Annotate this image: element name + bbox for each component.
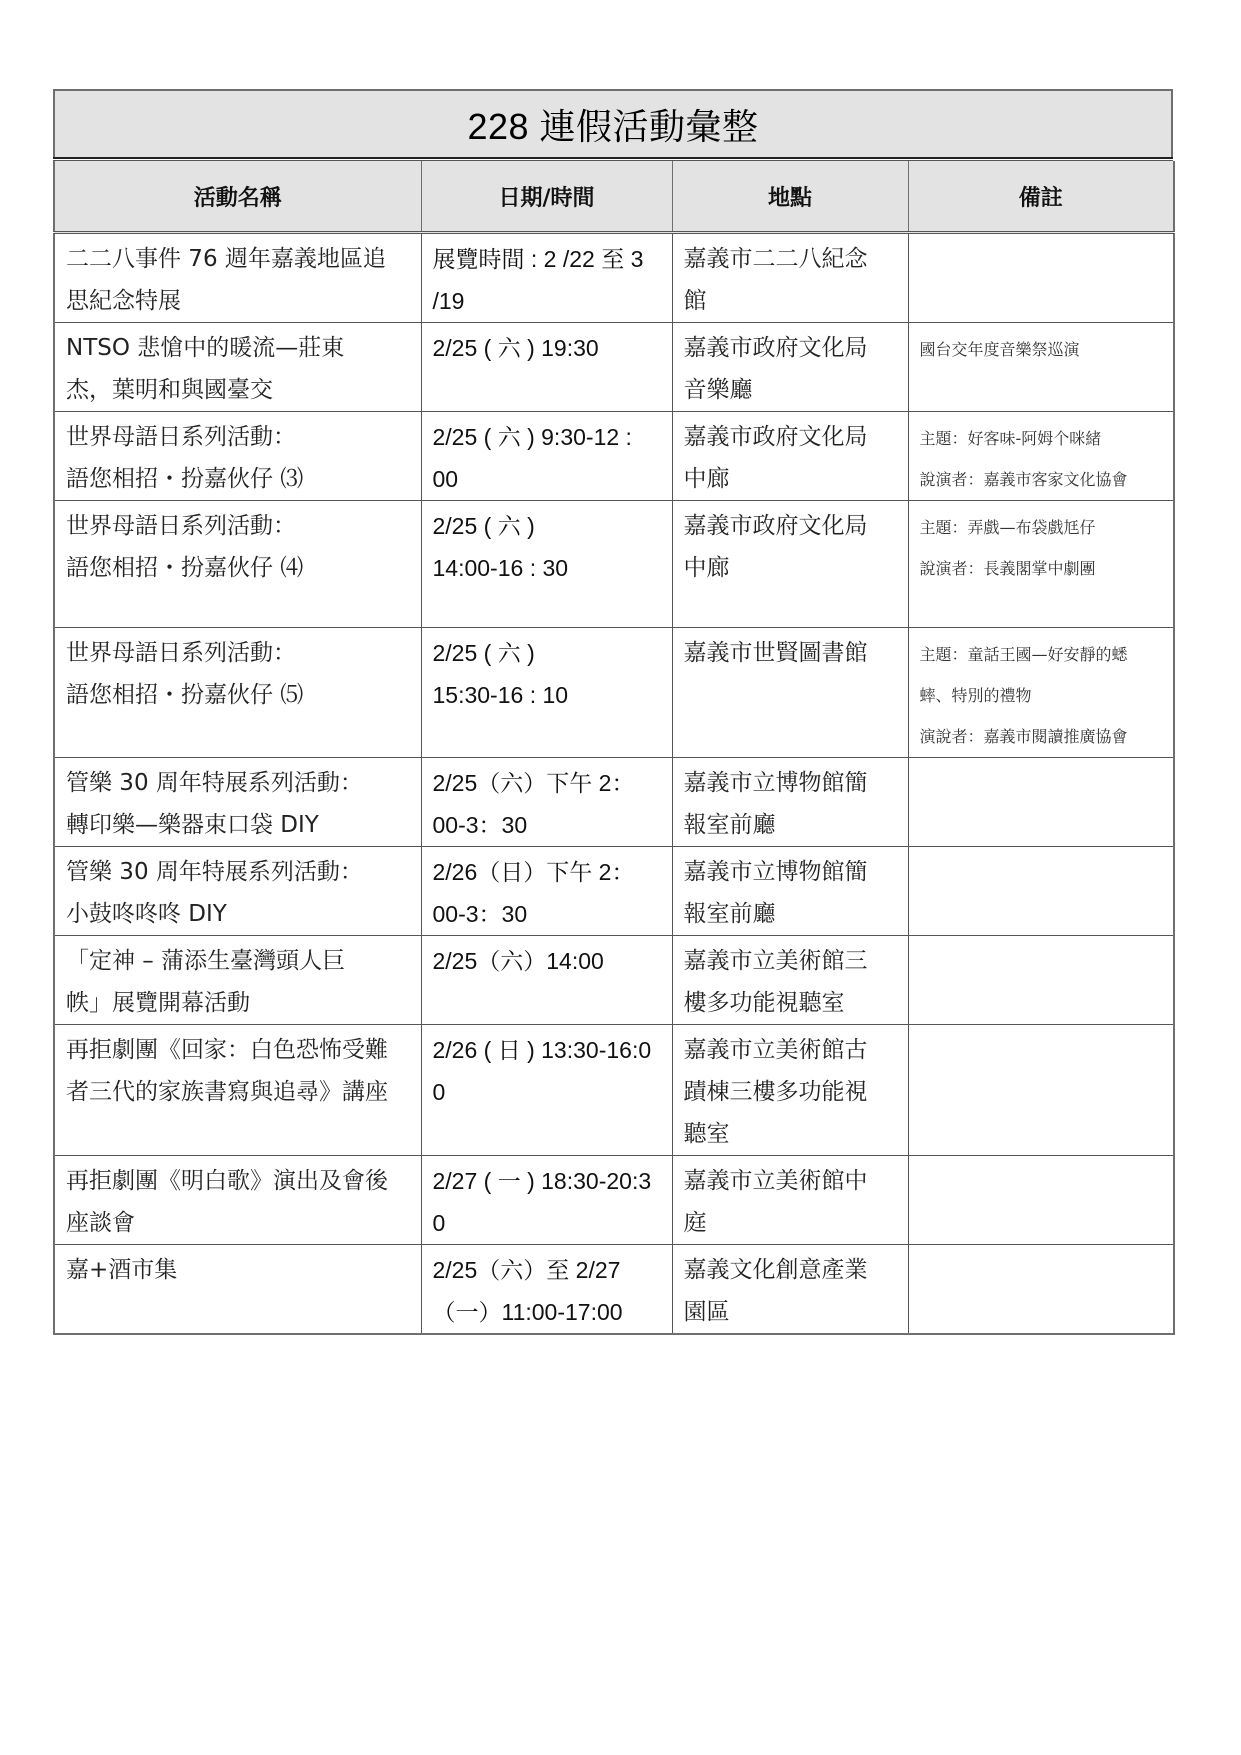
cell-note-line: 演說者：嘉義市閱讀推廣協會 [920, 716, 1164, 757]
cell-note [908, 1156, 1174, 1245]
cell-location-line: 嘉義市政府文化局 [684, 416, 898, 458]
cell-activity-name: 世界母語日系列活動：語您相招・扮嘉伙仔 ⑶ [54, 412, 421, 501]
cell-location-line: 聽室 [684, 1113, 898, 1155]
cell-datetime: 2/25 ( 六 )15:30-16 : 10 [421, 628, 672, 758]
cell-location: 嘉義市立博物館簡報室前廳 [672, 758, 908, 847]
cell-datetime: 2/26（日）下午 2：00-3：30 [421, 847, 672, 936]
cell-location-line: 中廊 [684, 547, 898, 589]
table-row: 二二八事件 76 週年嘉義地區追思紀念特展展覽時間 : 2 /22 至 3/19… [54, 233, 1174, 323]
cell-datetime-line: /19 [433, 280, 662, 322]
cell-note-line: 主題：童話王國—好安靜的蟋 [920, 634, 1164, 675]
cell-datetime-line: 15:30-16 : 10 [433, 674, 662, 716]
cell-datetime: 2/25（六）至 2/27（一）11:00-17:00 [421, 1245, 672, 1335]
cell-activity-name-line: 「定神 – 蒲添生臺灣頭人巨 [66, 940, 411, 982]
cell-location-line: 嘉義文化創意產業 [684, 1249, 898, 1291]
cell-note: 國台交年度音樂祭巡演 [908, 323, 1174, 412]
cell-datetime-line: 2/26（日）下午 2： [433, 851, 662, 893]
cell-datetime-line: 2/25（六）下午 2： [433, 762, 662, 804]
cell-datetime-line: 2/25 ( 六 ) [433, 632, 662, 674]
cell-note: 主題：好客味-阿姆个咪緒說演者：嘉義市客家文化協會 [908, 412, 1174, 501]
cell-datetime-line: 展覽時間 : 2 /22 至 3 [433, 238, 662, 280]
cell-activity-name: 管樂 30 周年特展系列活動：小鼓咚咚咚 DIY [54, 847, 421, 936]
cell-note [908, 1245, 1174, 1335]
cell-note-line: 蟀、特別的禮物 [920, 675, 1164, 716]
cell-note [908, 233, 1174, 323]
cell-datetime-line: 00 [433, 458, 662, 500]
cell-activity-name-line: 再拒劇團《回家：白色恐怖受難 [66, 1029, 411, 1071]
cell-datetime-line: 2/25 ( 六 ) 9:30-12 : [433, 416, 662, 458]
cell-location-line: 嘉義市立博物館簡 [684, 762, 898, 804]
cell-datetime: 2/25 ( 六 ) 19:30 [421, 323, 672, 412]
cell-datetime-line: 2/25 ( 六 ) [433, 505, 662, 547]
page-title: 228 連假活動彙整 [467, 99, 758, 150]
cell-note: 主題：弄戲—布袋戲尪仔說演者：長義閣掌中劇團 [908, 501, 1174, 628]
cell-activity-name-line: 嘉+酒市集 [66, 1249, 411, 1291]
cell-note: 主題：童話王國—好安靜的蟋蟀、特別的禮物演說者：嘉義市閱讀推廣協會 [908, 628, 1174, 758]
cell-activity-name-line: 世界母語日系列活動： [66, 505, 411, 547]
cell-activity-name-line: NTSO 悲愴中的暖流—莊東 [66, 327, 411, 369]
cell-datetime: 2/26 ( 日 ) 13:30-16:00 [421, 1025, 672, 1156]
cell-location-line: 嘉義市立博物館簡 [684, 851, 898, 893]
cell-note [908, 847, 1174, 936]
cell-activity-name: NTSO 悲愴中的暖流—莊東杰，葉明和與國臺交 [54, 323, 421, 412]
cell-activity-name-line: 再拒劇團《明白歌》演出及會後 [66, 1160, 411, 1202]
table-row: 世界母語日系列活動：語您相招・扮嘉伙仔 ⑸2/25 ( 六 )15:30-16 … [54, 628, 1174, 758]
table-row: 管樂 30 周年特展系列活動：轉印樂—樂器束口袋 DIY2/25（六）下午 2：… [54, 758, 1174, 847]
table-row: 管樂 30 周年特展系列活動：小鼓咚咚咚 DIY2/26（日）下午 2：00-3… [54, 847, 1174, 936]
cell-activity-name: 嘉+酒市集 [54, 1245, 421, 1335]
table-row: 再拒劇團《回家：白色恐怖受難者三代的家族書寫與追尋》講座2/26 ( 日 ) 1… [54, 1025, 1174, 1156]
cell-activity-name-line: 語您相招・扮嘉伙仔 ⑷ [66, 547, 411, 589]
cell-location-line: 中廊 [684, 458, 898, 500]
table-row: 「定神 – 蒲添生臺灣頭人巨帙」展覽開幕活動2/25（六）14:00嘉義市立美術… [54, 936, 1174, 1025]
cell-location-line: 報室前廳 [684, 804, 898, 846]
cell-location: 嘉義市政府文化局中廊 [672, 501, 908, 628]
cell-activity-name-line: 帙」展覽開幕活動 [66, 982, 411, 1024]
cell-activity-name: 「定神 – 蒲添生臺灣頭人巨帙」展覽開幕活動 [54, 936, 421, 1025]
cell-datetime-line: 14:00-16 : 30 [433, 547, 662, 589]
cell-note-line: 主題：好客味-阿姆个咪緒 [920, 418, 1164, 459]
cell-activity-name-line: 座談會 [66, 1202, 411, 1244]
table-row: 再拒劇團《明白歌》演出及會後座談會2/27 ( 一 ) 18:30-20:30嘉… [54, 1156, 1174, 1245]
column-header-datetime: 日期/時間 [421, 161, 672, 233]
table-row: 世界母語日系列活動：語您相招・扮嘉伙仔 ⑷2/25 ( 六 )14:00-16 … [54, 501, 1174, 628]
table-row: 嘉+酒市集2/25（六）至 2/27（一）11:00-17:00嘉義文化創意產業… [54, 1245, 1174, 1335]
cell-activity-name: 再拒劇團《回家：白色恐怖受難者三代的家族書寫與追尋》講座 [54, 1025, 421, 1156]
cell-datetime: 2/25（六）下午 2：00-3：30 [421, 758, 672, 847]
cell-location-line: 報室前廳 [684, 893, 898, 935]
cell-datetime-line: 2/27 ( 一 ) 18:30-20:30 [433, 1160, 662, 1244]
cell-activity-name: 世界母語日系列活動：語您相招・扮嘉伙仔 ⑷ [54, 501, 421, 628]
cell-activity-name: 管樂 30 周年特展系列活動：轉印樂—樂器束口袋 DIY [54, 758, 421, 847]
table-row: 世界母語日系列活動：語您相招・扮嘉伙仔 ⑶2/25 ( 六 ) 9:30-12 … [54, 412, 1174, 501]
cell-activity-name-line: 語您相招・扮嘉伙仔 ⑸ [66, 674, 411, 716]
cell-activity-name-line: 二二八事件 76 週年嘉義地區追 [66, 238, 411, 280]
cell-location-line: 嘉義市政府文化局 [684, 327, 898, 369]
cell-datetime-line: 2/25 ( 六 ) 19:30 [433, 327, 662, 369]
cell-datetime: 2/25（六）14:00 [421, 936, 672, 1025]
cell-activity-name-line: 杰，葉明和與國臺交 [66, 369, 411, 411]
cell-location-line: 嘉義市政府文化局 [684, 505, 898, 547]
cell-location-line: 嘉義市立美術館古 [684, 1029, 898, 1071]
cell-activity-name-line: 思紀念特展 [66, 280, 411, 322]
cell-activity-name-line: 管樂 30 周年特展系列活動： [66, 762, 411, 804]
cell-datetime-line: 00-3：30 [433, 893, 662, 935]
cell-location-line: 館 [684, 280, 898, 322]
cell-datetime: 展覽時間 : 2 /22 至 3/19 [421, 233, 672, 323]
cell-location: 嘉義文化創意產業園區 [672, 1245, 908, 1335]
cell-location-line: 嘉義市立美術館中 [684, 1160, 898, 1202]
cell-location-line: 庭 [684, 1202, 898, 1244]
cell-location: 嘉義市立美術館古蹟棟三樓多功能視聽室 [672, 1025, 908, 1156]
cell-activity-name-line: 小鼓咚咚咚 DIY [66, 893, 411, 935]
cell-datetime-line: 00-3：30 [433, 804, 662, 846]
cell-datetime-line: 2/26 ( 日 ) 13:30-16:00 [433, 1029, 662, 1113]
cell-location-line: 園區 [684, 1291, 898, 1333]
cell-location-line: 嘉義市世賢圖書館 [684, 632, 898, 674]
column-header-note: 備註 [908, 161, 1174, 233]
table-row: NTSO 悲愴中的暖流—莊東杰，葉明和與國臺交2/25 ( 六 ) 19:30嘉… [54, 323, 1174, 412]
cell-location: 嘉義市政府文化局音樂廳 [672, 323, 908, 412]
cell-activity-name-line: 世界母語日系列活動： [66, 416, 411, 458]
cell-activity-name-line: 者三代的家族書寫與追尋》講座 [66, 1071, 411, 1113]
cell-note [908, 1025, 1174, 1156]
cell-location-line: 嘉義市立美術館三 [684, 940, 898, 982]
cell-activity-name-line: 轉印樂—樂器束口袋 DIY [66, 804, 411, 846]
column-header-name: 活動名稱 [54, 161, 421, 233]
cell-location: 嘉義市立美術館三樓多功能視聽室 [672, 936, 908, 1025]
cell-datetime: 2/25 ( 六 )14:00-16 : 30 [421, 501, 672, 628]
cell-location: 嘉義市二二八紀念館 [672, 233, 908, 323]
cell-location-line: 嘉義市二二八紀念 [684, 238, 898, 280]
cell-datetime: 2/27 ( 一 ) 18:30-20:30 [421, 1156, 672, 1245]
cell-datetime-line: （一）11:00-17:00 [433, 1291, 662, 1333]
header-row: 活動名稱 日期/時間 地點 備註 [54, 161, 1174, 233]
cell-note-line: 說演者：嘉義市客家文化協會 [920, 459, 1164, 500]
cell-note-line: 國台交年度音樂祭巡演 [920, 329, 1164, 370]
cell-activity-name-line: 世界母語日系列活動： [66, 632, 411, 674]
cell-activity-name: 世界母語日系列活動：語您相招・扮嘉伙仔 ⑸ [54, 628, 421, 758]
cell-datetime-line: 2/25（六）14:00 [433, 940, 662, 982]
cell-location: 嘉義市立美術館中庭 [672, 1156, 908, 1245]
cell-note-line: 說演者：長義閣掌中劇團 [920, 548, 1164, 589]
activity-table: 活動名稱 日期/時間 地點 備註 二二八事件 76 週年嘉義地區追思紀念特展展覽… [53, 161, 1175, 1335]
cell-datetime-line: 2/25（六）至 2/27 [433, 1249, 662, 1291]
activity-table-document: 228 連假活動彙整 活動名稱 日期/時間 地點 備註 二二八事件 76 週年嘉… [53, 89, 1173, 1335]
cell-note [908, 758, 1174, 847]
cell-location: 嘉義市世賢圖書館 [672, 628, 908, 758]
title-bar: 228 連假活動彙整 [53, 89, 1173, 157]
cell-location-line: 樓多功能視聽室 [684, 982, 898, 1024]
cell-note [908, 936, 1174, 1025]
cell-note-line: 主題：弄戲—布袋戲尪仔 [920, 507, 1164, 548]
cell-location: 嘉義市立博物館簡報室前廳 [672, 847, 908, 936]
cell-activity-name: 二二八事件 76 週年嘉義地區追思紀念特展 [54, 233, 421, 323]
cell-datetime: 2/25 ( 六 ) 9:30-12 :00 [421, 412, 672, 501]
cell-activity-name: 再拒劇團《明白歌》演出及會後座談會 [54, 1156, 421, 1245]
cell-location-line: 蹟棟三樓多功能視 [684, 1071, 898, 1113]
cell-activity-name-line: 管樂 30 周年特展系列活動： [66, 851, 411, 893]
cell-location-line: 音樂廳 [684, 369, 898, 411]
column-header-location: 地點 [672, 161, 908, 233]
cell-activity-name-line: 語您相招・扮嘉伙仔 ⑶ [66, 458, 411, 500]
cell-location: 嘉義市政府文化局中廊 [672, 412, 908, 501]
